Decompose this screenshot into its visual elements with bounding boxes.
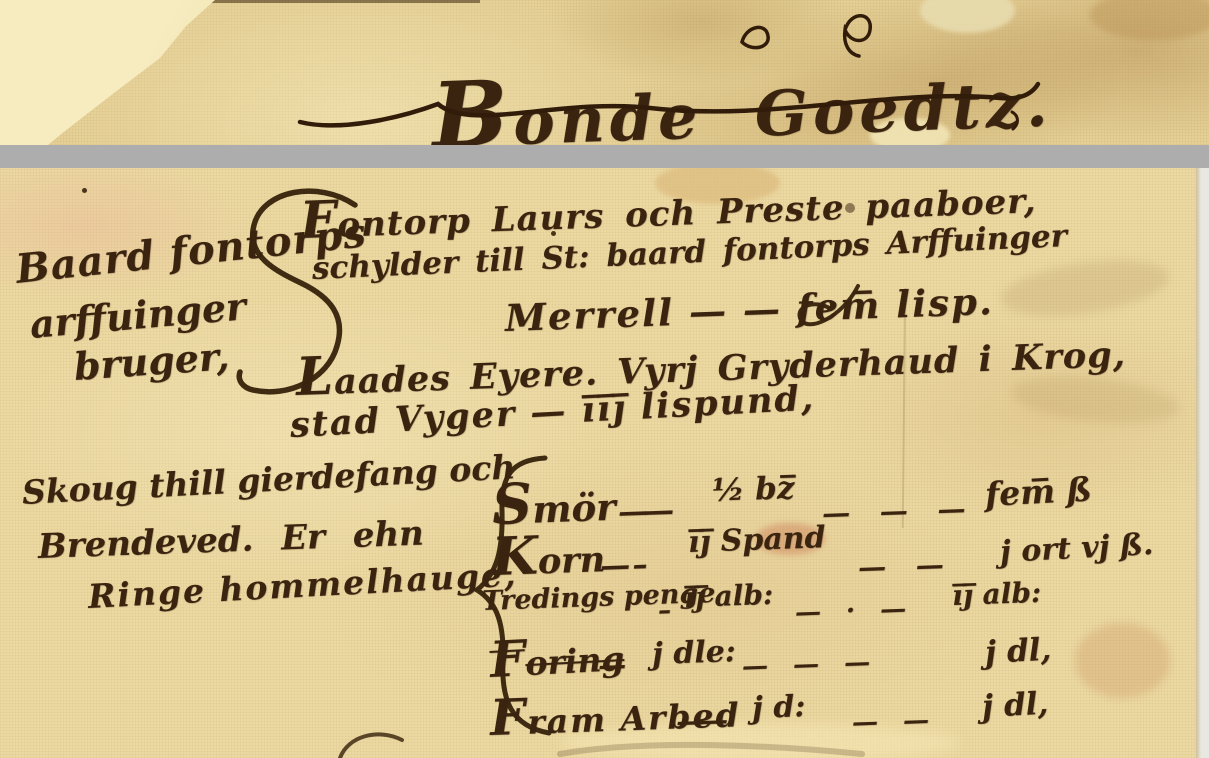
header-strip: Bonde Goedtz. <box>0 0 1209 145</box>
scan-divider-bar <box>0 145 1209 168</box>
row-value: i̅j̅ alb: <box>952 579 1042 610</box>
row-quantity: j d: <box>751 692 805 724</box>
row-value: j dl, <box>981 689 1049 723</box>
row-dash: — <box>598 651 623 680</box>
row-value: fem̅ ß <box>984 472 1092 511</box>
row-value: j ort vj ß. <box>999 530 1154 568</box>
torn-paper-edge <box>0 0 230 145</box>
row-dash: — — — <box>742 649 879 680</box>
entry1-label-line: bruger, <box>73 337 231 386</box>
cutoff-stroke <box>340 734 402 758</box>
entry1-text-line: Merrell — — fem̅ lisp. <box>504 283 994 337</box>
row-dash: — – <box>599 550 643 581</box>
manuscript-scan: Bonde Goedtz. <box>0 0 1209 758</box>
superscript-curl-icon <box>742 27 768 47</box>
row-quantity: i̅j̅ alb: <box>684 581 774 612</box>
row-dash: — — <box>852 707 938 736</box>
entry2-label-line: Brendeved. Er ehn <box>37 517 424 564</box>
row-dash: — — — <box>822 495 976 528</box>
parchment-stain <box>1075 623 1170 698</box>
row-dash: —— <box>676 706 725 736</box>
page-edge-strip <box>1196 168 1209 758</box>
row-quantity: i̅j̅ Spand <box>687 523 826 558</box>
ink-dot <box>82 188 87 193</box>
superscript-curl-icon <box>845 16 871 56</box>
row-item: Tredings penge <box>482 580 716 615</box>
row-item: Smör <box>491 474 616 534</box>
row-dash: — · — <box>795 596 915 626</box>
row-dash: – <box>658 598 668 624</box>
row-quantity: ½ bz̅ <box>711 473 794 507</box>
page-title: Bonde Goedtz. <box>430 50 1053 145</box>
manuscript-page: Baard fontorps arffuinger bruger, Fontor… <box>0 168 1209 758</box>
row-value: j dl, <box>984 635 1052 669</box>
row-item: Korn <box>491 528 606 584</box>
row-dash: —— <box>617 496 670 528</box>
cutoff-stroke <box>560 745 862 754</box>
parchment-stain <box>1090 0 1209 40</box>
entry2-label-line: Ringe hommelhauge, <box>87 558 518 613</box>
row-dash: — — <box>858 551 955 582</box>
parchment-stain <box>920 0 1015 33</box>
entry2-label-line: Skoug thill gierdefang och <box>21 450 516 509</box>
parchment-stain <box>997 251 1172 324</box>
row-quantity: j dle: <box>651 637 736 670</box>
